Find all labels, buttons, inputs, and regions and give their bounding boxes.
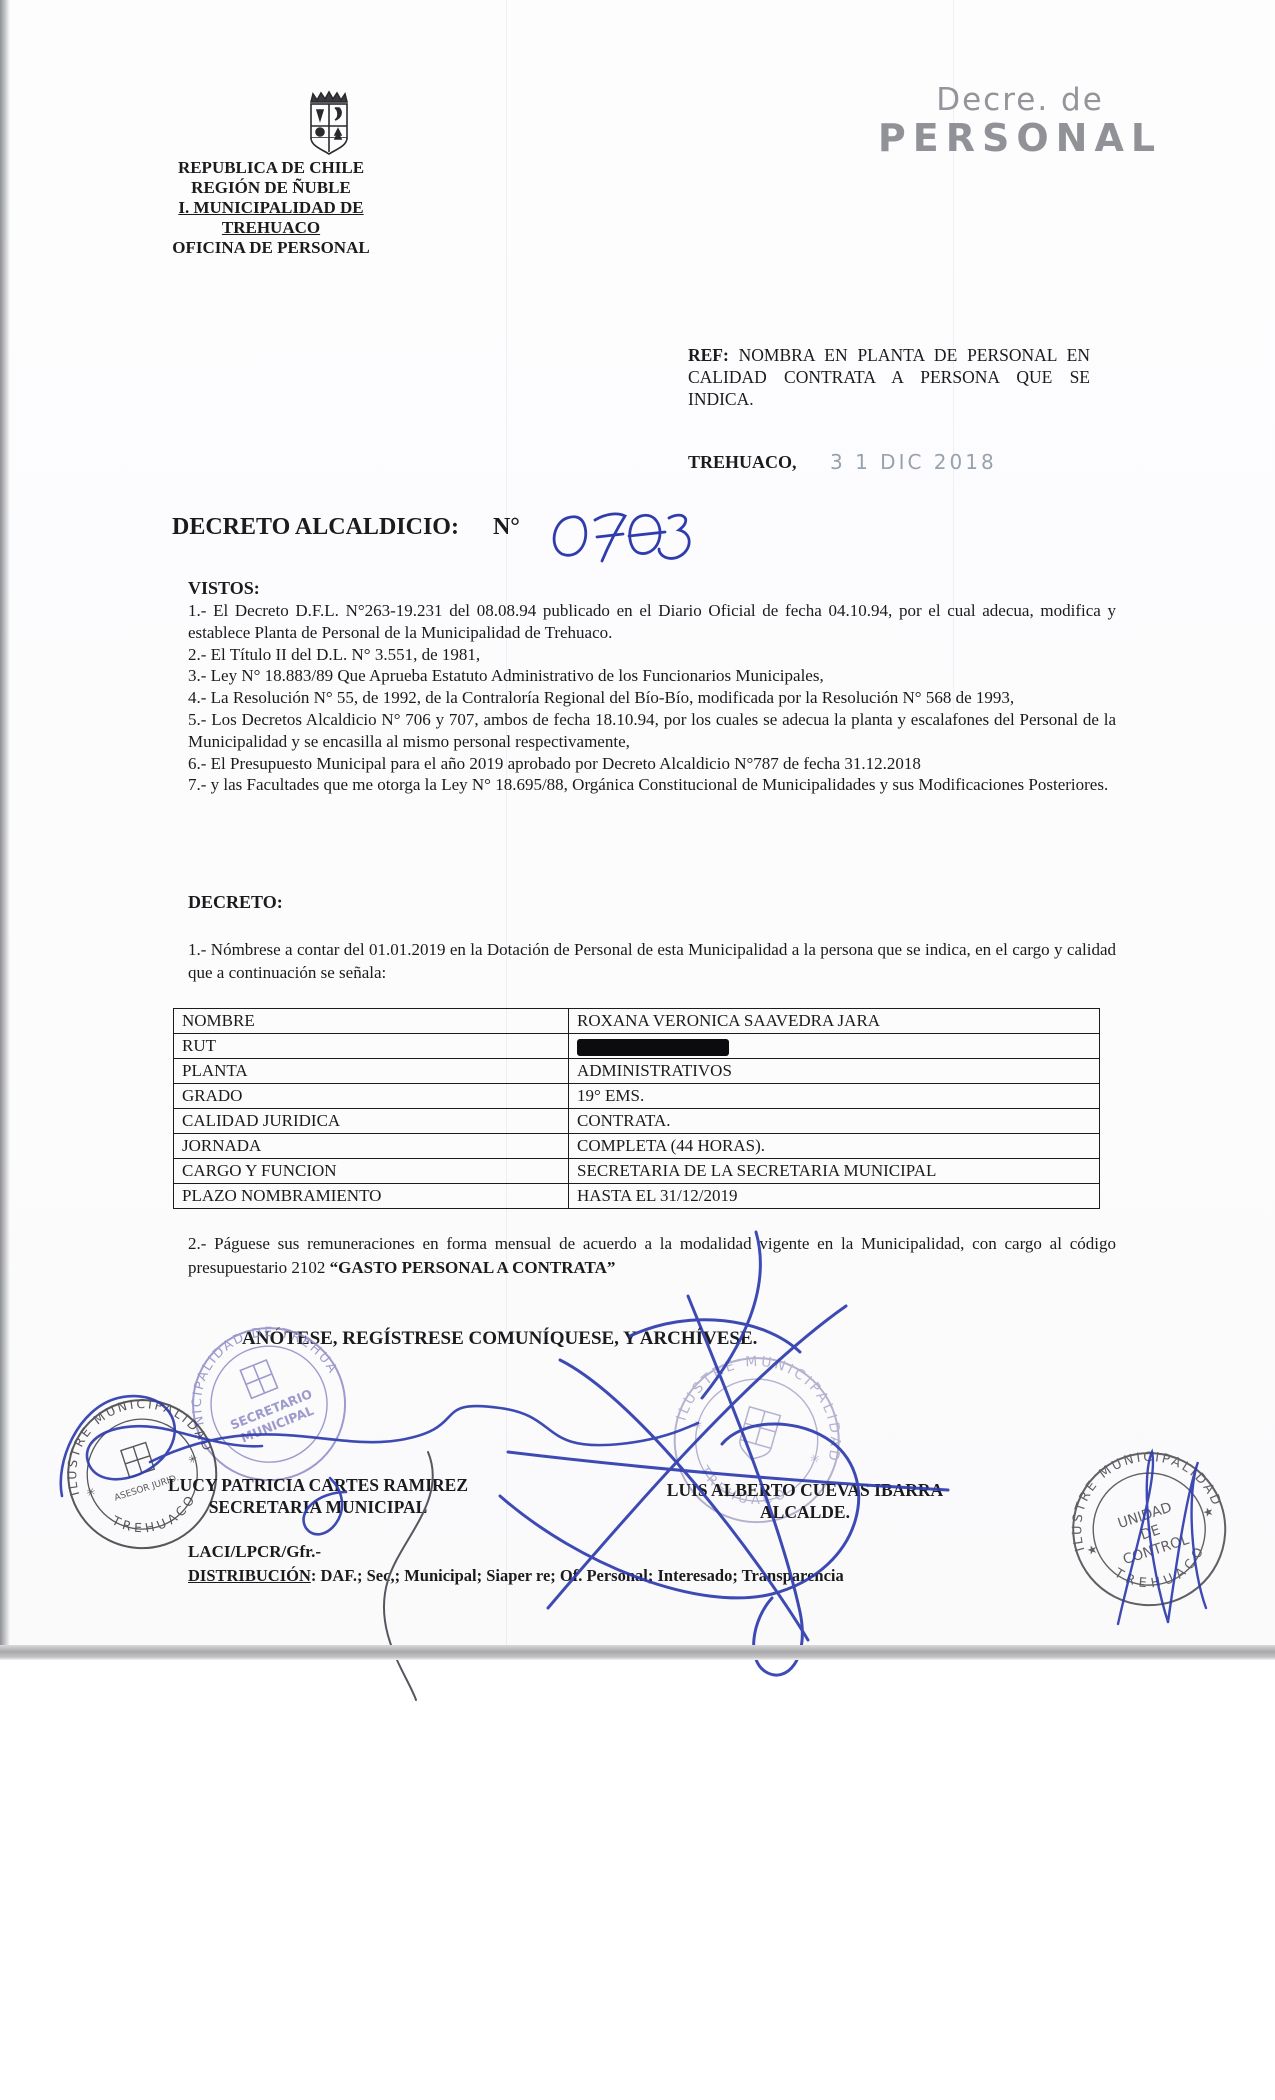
ink-signatures-overlay (0, 0, 1275, 2100)
signature-stroke (508, 1452, 948, 1490)
signature-stroke (384, 1452, 433, 1700)
signature-stroke (630, 1320, 800, 1352)
signature-stroke (304, 1478, 346, 1534)
signature-stroke (500, 1424, 859, 1598)
signature-stroke (150, 1406, 698, 1462)
scan-bottom-shadow (0, 1645, 1275, 1660)
signature-stroke (1118, 1452, 1168, 1624)
signature-stroke (702, 1232, 760, 1398)
signature-stroke (61, 1396, 262, 1496)
scanned-decree-page: REPUBLICA DE CHILE REGIÓN DE ÑUBLE I. MU… (0, 0, 1275, 2100)
signature-stroke (1168, 1462, 1206, 1622)
